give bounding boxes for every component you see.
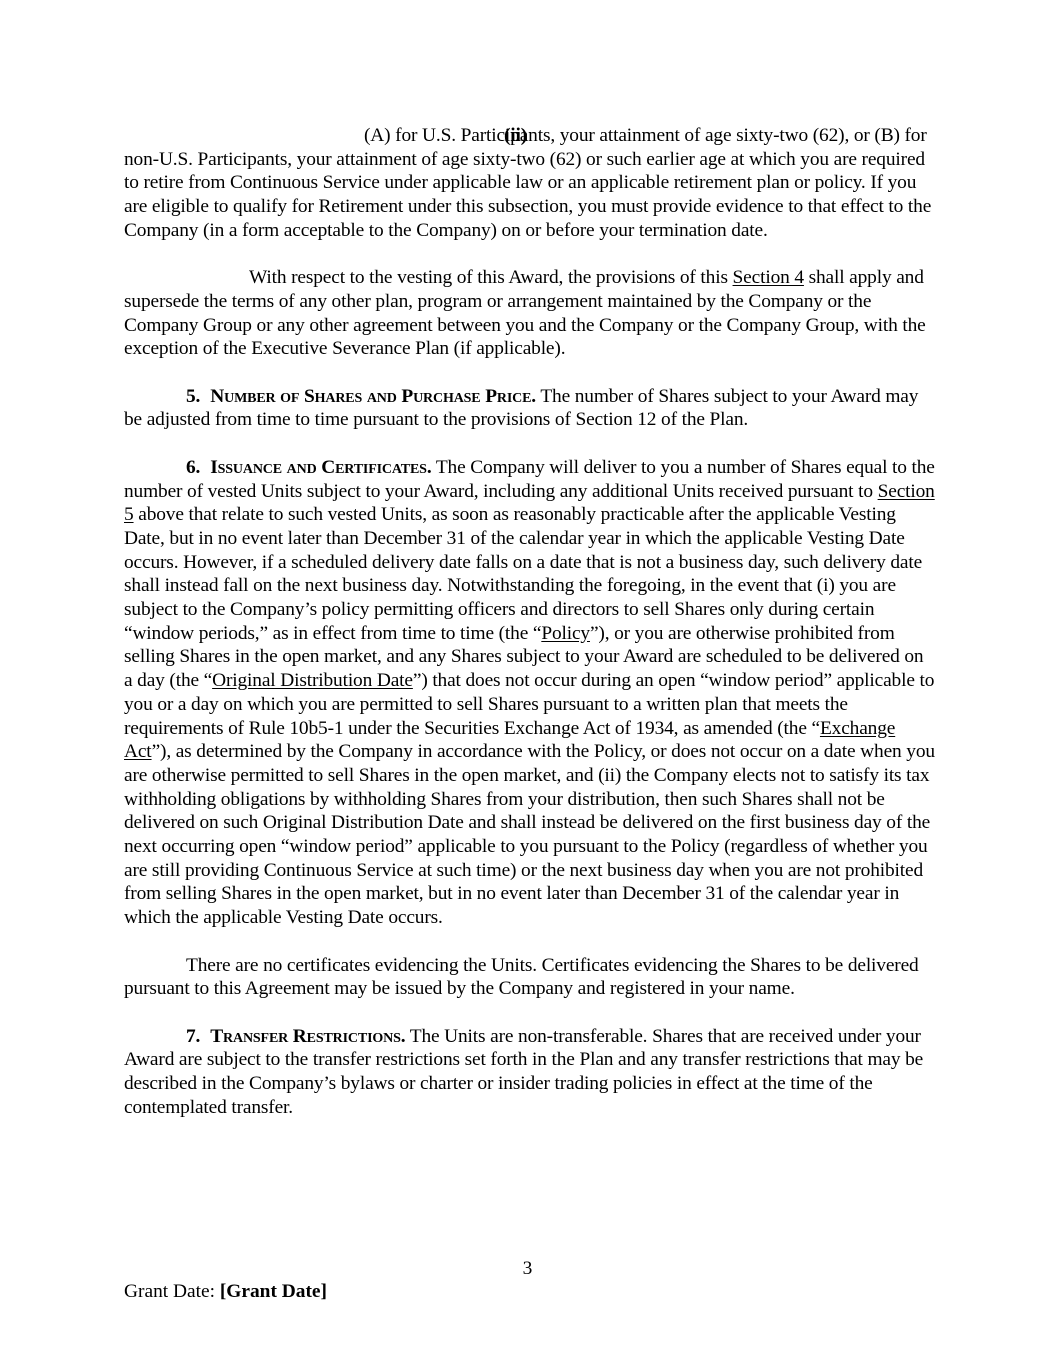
footer-label: Grant Date: bbox=[124, 1281, 220, 1302]
subsection-ii-paragraph: (ii)(A) for U.S. Participants, your atta… bbox=[124, 124, 936, 243]
section-5-paragraph: 5.Number of Shares and Purchase Price. T… bbox=[124, 385, 936, 432]
page-number: 3 bbox=[0, 1258, 1055, 1280]
subsection-label: (ii) bbox=[314, 124, 364, 148]
original-distribution-date-term: Original Distribution Date bbox=[212, 670, 413, 691]
section-7-paragraph: 7.Transfer Restrictions. The Units are n… bbox=[124, 1025, 936, 1120]
document-page: (ii)(A) for U.S. Participants, your atta… bbox=[124, 124, 936, 1143]
section-4-link[interactable]: Section 4 bbox=[733, 267, 804, 288]
section-title: Transfer Restrictions. bbox=[210, 1026, 405, 1047]
section-number: 7. bbox=[186, 1026, 200, 1047]
section-number: 5. bbox=[186, 386, 200, 407]
section-title: Number of Shares and Purchase Price. bbox=[210, 386, 536, 407]
policy-term: Policy bbox=[541, 623, 590, 644]
section-text: ”), as determined by the Company in acco… bbox=[124, 741, 935, 928]
footer-value: [Grant Date] bbox=[220, 1281, 327, 1302]
paragraph-text: With respect to the vesting of this Awar… bbox=[249, 267, 733, 288]
certificates-paragraph: There are no certificates evidencing the… bbox=[124, 954, 936, 1001]
subsection-text: (A) for U.S. Participants, your attainme… bbox=[124, 125, 931, 241]
section-title: Issuance and Certificates. bbox=[210, 457, 431, 478]
grant-date-footer: Grant Date: [Grant Date] bbox=[124, 1281, 327, 1303]
section-6-paragraph: 6.Issuance and Certificates. The Company… bbox=[124, 456, 936, 930]
section-number: 6. bbox=[186, 457, 200, 478]
vesting-paragraph: With respect to the vesting of this Awar… bbox=[124, 266, 936, 361]
